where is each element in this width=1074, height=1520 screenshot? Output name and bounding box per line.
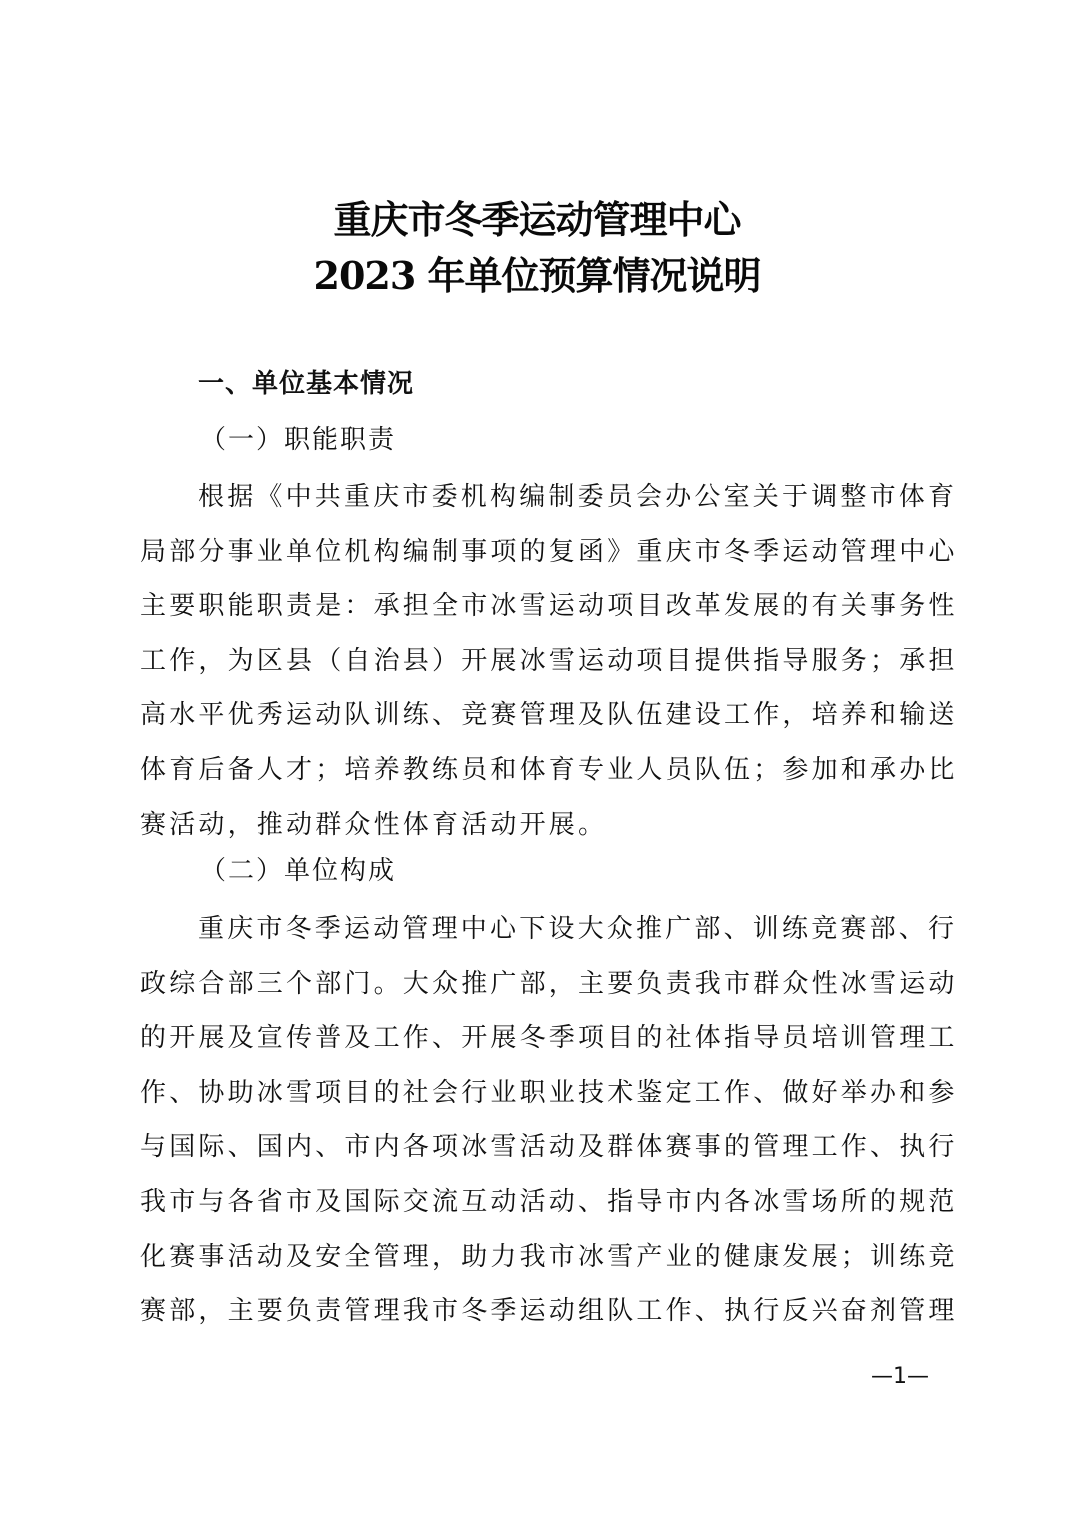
document-title-line-1: 重庆市冬季运动管理中心 (0, 192, 1074, 248)
page-number: —1— (862, 1362, 938, 1392)
subsection-heading-functions: （一）职能职责 (200, 420, 396, 460)
paragraph-line: 我市与各省市及国际交流互动活动、指导市内各冰雪场所的规范 (140, 1175, 935, 1230)
paragraph-functions: 根据《中共重庆市委机构编制委员会办公室关于调整市体育 局部分事业单位机构编制事项… (140, 470, 935, 852)
paragraph-line: 化赛事活动及安全管理，助力我市冰雪产业的健康发展；训练竞 (140, 1230, 935, 1285)
paragraph-line: 主要职能职责是：承担全市冰雪运动项目改革发展的有关事务性 (140, 579, 935, 634)
paragraph-line: 高水平优秀运动队训练、竞赛管理及队伍建设工作，培养和输送 (140, 688, 935, 743)
paragraph-line: 工作，为区县（自治县）开展冰雪运动项目提供指导服务；承担 (140, 634, 935, 689)
paragraph-line: 重庆市冬季运动管理中心下设大众推广部、训练竞赛部、行 (140, 902, 935, 957)
paragraph-line: 的开展及宣传普及工作、开展冬季项目的社体指导员培训管理工 (140, 1011, 935, 1066)
paragraph-line: 与国际、国内、市内各项冰雪活动及群体赛事的管理工作、执行 (140, 1120, 935, 1175)
paragraph-line: 根据《中共重庆市委机构编制委员会办公室关于调整市体育 (140, 470, 935, 525)
paragraph-line: 赛活动，推动群众性体育活动开展。 (140, 798, 935, 853)
subsection-heading-structure: （二）单位构成 (200, 851, 396, 891)
paragraph-line: 政综合部三个部门。大众推广部，主要负责我市群众性冰雪运动 (140, 957, 935, 1012)
paragraph-line: 局部分事业单位机构编制事项的复函》重庆市冬季运动管理中心 (140, 525, 935, 580)
paragraph-line: 体育后备人才；培养教练员和体育专业人员队伍；参加和承办比 (140, 743, 935, 798)
section-heading-basic-info: 一、单位基本情况 (198, 364, 414, 404)
document-title-line-2: 2023 年单位预算情况说明 (0, 248, 1074, 304)
paragraph-line: 赛部，主要负责管理我市冬季运动组队工作、执行反兴奋剂管理 (140, 1284, 935, 1339)
document-page: 重庆市冬季运动管理中心 2023 年单位预算情况说明 一、单位基本情况 （一）职… (0, 0, 1074, 1520)
paragraph-structure: 重庆市冬季运动管理中心下设大众推广部、训练竞赛部、行 政综合部三个部门。大众推广… (140, 902, 935, 1339)
paragraph-line: 作、协助冰雪项目的社会行业职业技术鉴定工作、做好举办和参 (140, 1066, 935, 1121)
